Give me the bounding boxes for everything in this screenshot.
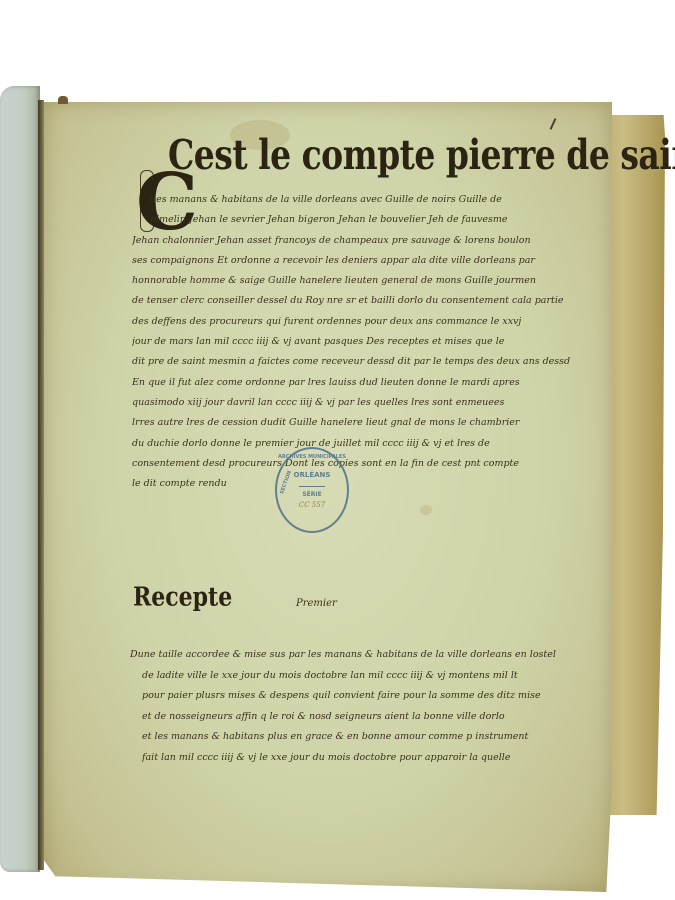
text-line: pimelin Jehan le sevrier Jehan bigeron J… <box>150 210 580 230</box>
text-line: pour paier plusrs mises & despens quil c… <box>142 686 600 707</box>
binding-gutter <box>38 100 44 870</box>
stamp-shelfmark: CC 557 <box>277 501 347 509</box>
text-line: quasimodo xiij jour davril lan cccc iiij… <box>132 393 580 413</box>
stamp-divider <box>299 486 325 487</box>
stamp-archive-label: ARCHIVES MUNICIPALES <box>277 454 347 460</box>
text-line: consentement desd procureurs Dont les co… <box>132 454 580 474</box>
left-facing-page <box>0 86 40 872</box>
text-line: des deffens des procureurs qui furent or… <box>132 312 580 332</box>
text-line: Dune taille accordee & mise sus par les … <box>130 645 600 666</box>
text-line: le dit compte rendu <box>132 474 580 494</box>
text-line: et de nosseigneurs affin q le roi & nosd… <box>142 707 600 728</box>
section-heading: Recepte <box>133 581 232 612</box>
text-line: En que il fut alez come ordonne par lres… <box>132 373 580 393</box>
text-line: fait lan mil cccc iiij & vj le xxe jour … <box>142 748 600 769</box>
binding-tab <box>58 96 68 104</box>
text-line: lrres autre lres de cession dudit Guille… <box>132 413 580 433</box>
text-line: honnorable homme & saige Guille hanelere… <box>132 271 580 291</box>
archive-stamp: ARCHIVES MUNICIPALES ORLÉANS SÉRIE CC 55… <box>275 447 349 533</box>
document-heading: Cest le compte pierre de saint mesmin pr… <box>168 130 588 179</box>
text-line: du duchie dorlo donne le premier jour de… <box>132 434 580 454</box>
text-line: ses compaignons Et ordonne a recevoir le… <box>132 251 580 271</box>
ink-blot <box>420 505 432 515</box>
text-line: Jehan chalonnier Jehan asset francoys de… <box>132 231 580 251</box>
text-line: et les manans & habitans plus en grace &… <box>142 727 600 748</box>
stamp-series-label: SÉRIE <box>277 491 347 498</box>
section-subheading: Premier <box>296 598 337 609</box>
text-line: dit pre de saint mesmin a faictes come r… <box>132 352 580 372</box>
text-line: des manans & habitans de la ville dorlea… <box>150 190 580 210</box>
section-text-block: Dune taille accordee & mise sus par les … <box>130 645 600 768</box>
text-line: de tenser clerc conseiller dessel du Roy… <box>132 291 580 311</box>
text-line: jour de mars lan mil cccc iiij & vj avan… <box>132 332 580 352</box>
text-line: de ladite ville le xxe jour du mois doct… <box>142 666 600 687</box>
opening-text-block: des manans & habitans de la ville dorlea… <box>150 190 580 494</box>
